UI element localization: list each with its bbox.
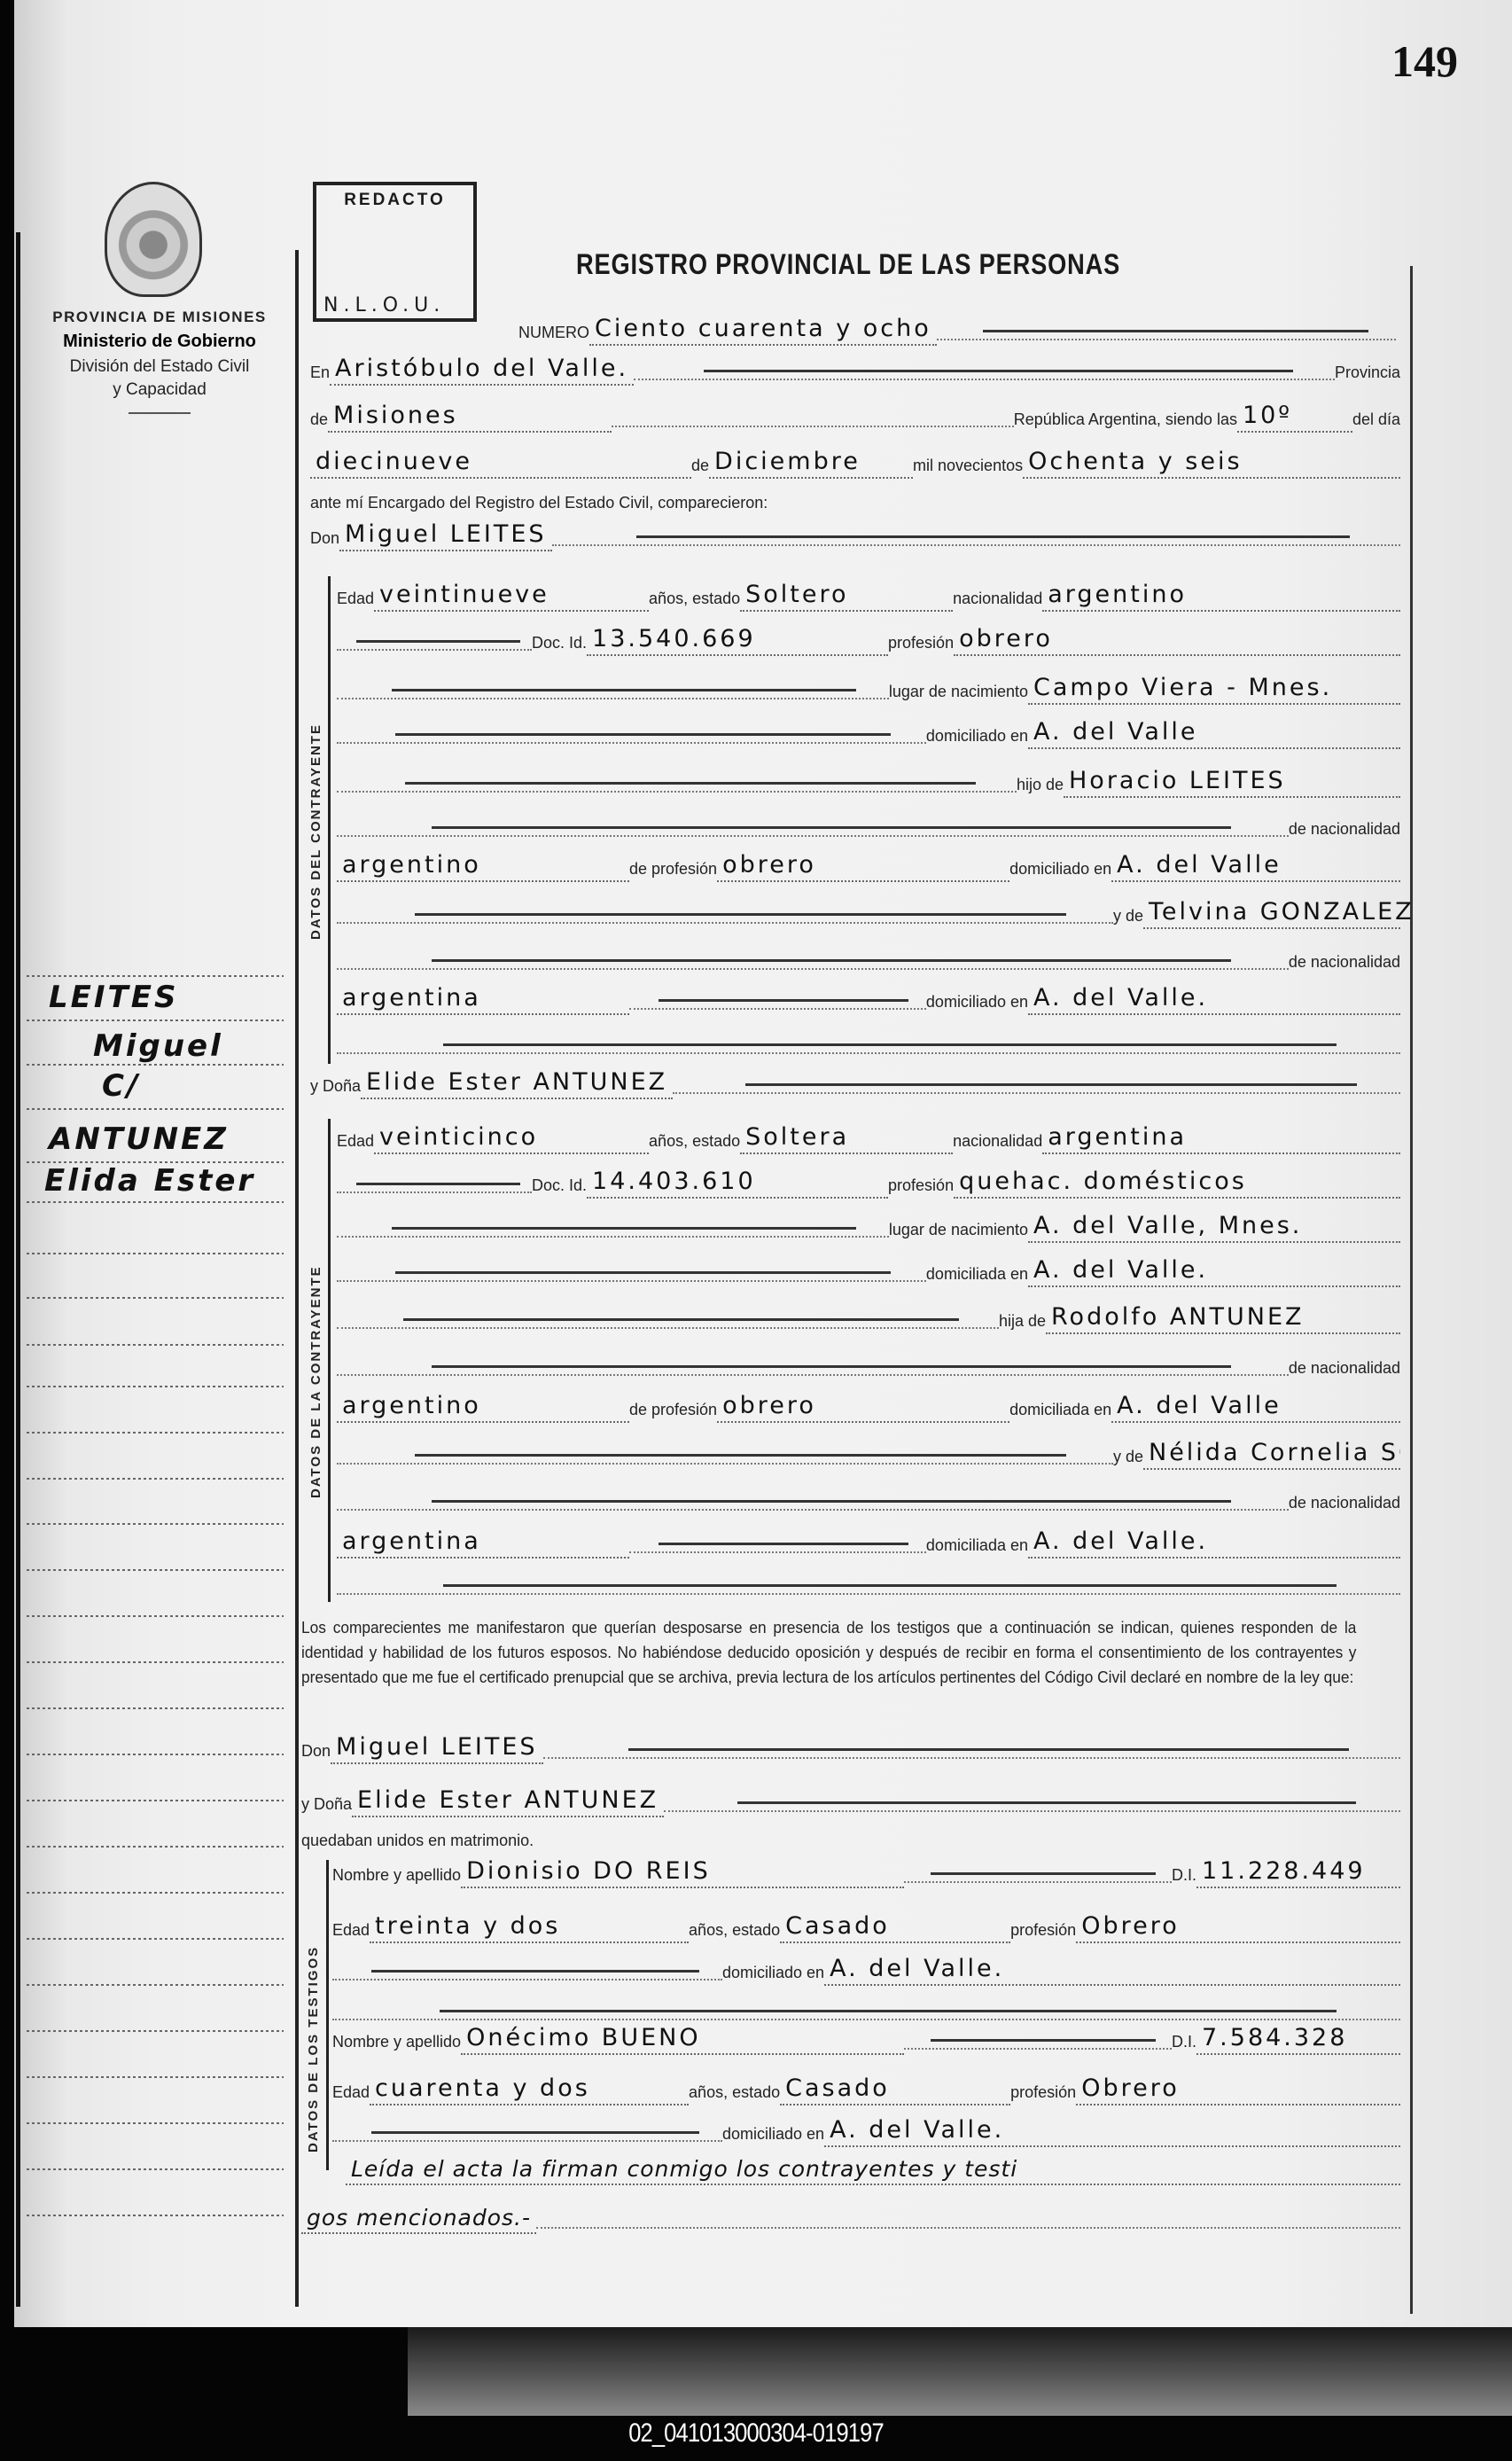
- margin-line: [27, 1754, 284, 1755]
- margin-line: [27, 1386, 284, 1387]
- blank: [337, 835, 1289, 837]
- margin-line: [27, 2168, 284, 2170]
- groom-father-line: hijo de Horacio LEITES: [337, 762, 1400, 798]
- blank: [337, 1593, 1400, 1595]
- bride-address-line: domiciliada en A. del Valle.: [337, 1252, 1400, 1287]
- witness-1-age-line: Edad treinta y dos años, estado Casado p…: [332, 1908, 1400, 1943]
- label: ante mí Encargado del Registro del Estad…: [310, 494, 768, 516]
- page-edge-shadow: [408, 2327, 1512, 2416]
- margin-line: [27, 1707, 284, 1709]
- label: Doc. Id.: [532, 1176, 587, 1199]
- margin-line: [27, 1800, 284, 1801]
- section-bracket: [328, 1119, 331, 1602]
- margin-line: [27, 2076, 284, 2078]
- right-margin-rule: [1410, 266, 1413, 2314]
- witness-1-address-value: A. del Valle.: [824, 1955, 1400, 1986]
- label: años, estado: [649, 590, 740, 612]
- redacto-stamp: REDACTO N.L.O.U.: [313, 182, 477, 322]
- blank: [634, 379, 1335, 380]
- bride-birthplace-value: A. del Valle, Mnes.: [1028, 1212, 1400, 1243]
- groom-father-details-line: argentino de profesión obrero domiciliad…: [337, 847, 1400, 882]
- blank: [612, 426, 1014, 427]
- label: Edad: [332, 1921, 370, 1943]
- closing-note-text: Leída el acta la firman conmigo los cont…: [346, 2156, 1400, 2185]
- blank-line: [337, 1565, 1400, 1600]
- place-line: En Aristóbulo del Valle. Provincia: [310, 350, 1400, 386]
- blank: [337, 1191, 532, 1193]
- declared-bride-value: Elide Ester ANTUNEZ: [352, 1786, 664, 1817]
- bride-father-nationality-value: argentino: [337, 1392, 629, 1423]
- groom-name-value: Miguel LEITES: [339, 520, 552, 551]
- day-value: diecinueve: [310, 448, 691, 479]
- label: domiciliada en: [926, 1536, 1028, 1559]
- groom-id-line: Doc. Id. 13.540.669 profesión obrero: [337, 621, 1400, 656]
- blank: [629, 1551, 926, 1553]
- margin-note-surname: ANTUNEZ: [49, 1121, 229, 1157]
- blank: [337, 1280, 926, 1282]
- label: de nacionalidad: [1289, 1359, 1400, 1381]
- witness-2-id-value: 7.584.328: [1196, 2024, 1400, 2055]
- province-value: Misiones: [328, 402, 612, 433]
- redacto-title: REDACTO: [316, 191, 473, 210]
- bride-section-label: DATOS DE LA CONTRAYENTE: [308, 1265, 323, 1498]
- groom-address-line: domiciliado en A. del Valle: [337, 714, 1400, 749]
- margin-line: [27, 1253, 284, 1254]
- label: años, estado: [689, 2083, 780, 2106]
- margin-line: [27, 1478, 284, 1480]
- margin-line: [27, 1064, 284, 1066]
- witness-1-name-line: Nombre y apellido Dionisio DO REIS D.I. …: [332, 1853, 1400, 1888]
- label: domiciliada en: [1009, 1401, 1111, 1423]
- groom-mother-address-value: A. del Valle.: [1028, 984, 1400, 1015]
- groom-profession-value: obrero: [954, 625, 1400, 656]
- label: años, estado: [689, 1921, 780, 1943]
- witness-2-address-value: A. del Valle.: [824, 2116, 1400, 2147]
- witness-2-age-value: cuarenta y dos: [370, 2074, 689, 2106]
- witness-1-id-value: 11.228.449: [1196, 1857, 1400, 1888]
- label: domiciliado en: [926, 727, 1028, 749]
- margin-note-given-name: Miguel: [93, 1028, 223, 1064]
- scan-code: 02_041013000304-019197: [113, 2418, 1399, 2449]
- groom-mother-line: y de Telvina GONZALEZ: [337, 894, 1400, 929]
- blank: [332, 2140, 722, 2142]
- union-statement: quedaban unidos en matrimonio.: [301, 1822, 1400, 1854]
- blank: [673, 1092, 1400, 1094]
- bride-birthplace-line: lugar de nacimiento A. del Valle, Mnes.: [337, 1207, 1400, 1243]
- witness-1-address-line: domiciliado en A. del Valle.: [332, 1950, 1400, 1986]
- blank: [937, 339, 1396, 340]
- label: y de: [1113, 907, 1143, 929]
- groom-father-profession-value: obrero: [717, 851, 1009, 882]
- margin-line: [27, 1615, 284, 1617]
- groom-father-nationality-line: de nacionalidad: [337, 807, 1400, 842]
- margin-line: [27, 1892, 284, 1894]
- label: NUMERO: [518, 324, 589, 346]
- date-line: diecinueve de Diciembre mil novecientos …: [310, 443, 1400, 479]
- groom-address-value: A. del Valle: [1028, 718, 1400, 749]
- bride-mother-address-value: A. del Valle.: [1028, 1527, 1400, 1559]
- label: D.I.: [1172, 1866, 1196, 1888]
- declared-groom-value: Miguel LEITES: [331, 1733, 543, 1764]
- closing-note-text: gos mencionados.-: [301, 2205, 536, 2234]
- witness-2-name-value: Onécimo BUENO: [461, 2024, 904, 2055]
- bride-age-value: veinticinco: [374, 1123, 649, 1154]
- label: Nombre y apellido: [332, 2033, 461, 2055]
- witness-2-status-value: Casado: [780, 2074, 1010, 2106]
- blank: [337, 1327, 999, 1329]
- bride-status-value: Soltera: [740, 1123, 953, 1154]
- blank: [664, 1810, 1400, 1812]
- label: nacionalidad: [953, 1132, 1042, 1154]
- label: y de: [1113, 1448, 1143, 1470]
- label: lugar de nacimiento: [889, 683, 1028, 705]
- closing-note-line-1: Leída el acta la firman conmigo los cont…: [346, 2150, 1400, 2185]
- label: hija de: [999, 1312, 1046, 1334]
- month-value: Diciembre: [709, 448, 913, 479]
- groom-mother-details-line: argentina domiciliado en A. del Valle.: [337, 980, 1400, 1015]
- year-value: Ochenta y seis: [1023, 448, 1400, 479]
- margin-line: [27, 1020, 284, 1021]
- label: Edad: [332, 2083, 370, 2106]
- label: de profesión: [629, 1401, 717, 1423]
- label: de: [691, 457, 709, 479]
- groom-birthplace-value: Campo Viera - Mnes.: [1028, 674, 1400, 705]
- label: Edad: [337, 590, 374, 612]
- witness-1-name-value: Dionisio DO REIS: [461, 1857, 904, 1888]
- groom-nationality-value: argentino: [1042, 581, 1400, 612]
- label: Edad: [337, 1132, 374, 1154]
- label: domiciliada en: [926, 1265, 1028, 1287]
- label: domiciliado en: [722, 2125, 824, 2147]
- label: nacionalidad: [953, 590, 1042, 612]
- groom-mother-nationality-value: argentina: [337, 984, 629, 1015]
- label: profesión: [888, 1176, 954, 1199]
- bride-nationality-value: argentina: [1042, 1123, 1400, 1154]
- bride-father-line: hija de Rodolfo ANTUNEZ: [337, 1299, 1400, 1334]
- blank: [337, 1236, 889, 1238]
- margin-line: [27, 1661, 284, 1663]
- label: D.I.: [1172, 2033, 1196, 2055]
- provincial-crest-icon: [105, 182, 202, 297]
- witness-2-address-line: domiciliado en A. del Valle.: [332, 2112, 1400, 2147]
- label: Provincia: [1335, 363, 1400, 386]
- left-margin-rule: [16, 232, 20, 2307]
- bride-mother-value: Nélida Cornelia SOSA: [1143, 1439, 1400, 1470]
- label: de profesión: [629, 860, 717, 882]
- division-capacity: y Capacidad: [27, 380, 292, 400]
- blank: [337, 968, 1289, 970]
- label: y Doña: [301, 1795, 352, 1817]
- blank: [904, 2048, 1172, 2050]
- bride-id-value: 14.403.610: [587, 1168, 888, 1199]
- margin-line: [27, 1432, 284, 1434]
- divider: [129, 412, 191, 414]
- label: profesión: [1010, 2083, 1076, 2106]
- margin-note-surname: LEITES: [49, 980, 178, 1015]
- label: de nacionalidad: [1289, 820, 1400, 842]
- margin-line: [27, 2122, 284, 2124]
- label: mil novecientos: [913, 457, 1023, 479]
- margin-line: [27, 1846, 284, 1848]
- declared-groom-line: Don Miguel LEITES: [301, 1729, 1400, 1764]
- bride-name-value: Elide Ester ANTUNEZ: [361, 1068, 673, 1099]
- margin-line: [27, 2030, 284, 2032]
- bride-mother-line: y de Nélida Cornelia SOSA: [337, 1434, 1400, 1470]
- label: domiciliado en: [1009, 860, 1111, 882]
- act-number-value: Ciento cuarenta y ocho: [589, 315, 937, 346]
- groom-age-value: veintinueve: [374, 581, 649, 612]
- blank: [904, 1881, 1172, 1883]
- hour-value: 10º: [1237, 402, 1352, 433]
- margin-line: [27, 1984, 284, 1986]
- bride-address-value: A. del Valle.: [1028, 1256, 1400, 1287]
- closing-note-line-2: gos mencionados.-: [301, 2199, 1400, 2234]
- witness-section-label: DATOS DE LOS TESTIGOS: [306, 1946, 321, 2152]
- groom-age-line: Edad veintinueve años, estado Soltero na…: [337, 576, 1400, 612]
- province-name: PROVINCIA DE MISIONES: [27, 309, 292, 326]
- appearance-line: ante mí Encargado del Registro del Estad…: [310, 480, 1400, 516]
- bride-age-line: Edad veinticinco años, estado Soltera na…: [337, 1119, 1400, 1154]
- margin-line: [27, 1344, 284, 1346]
- label: domiciliado en: [722, 1964, 824, 1986]
- label: domiciliado en: [926, 993, 1028, 1015]
- witness-2-name-line: Nombre y apellido Onécimo BUENO D.I. 7.5…: [332, 2020, 1400, 2055]
- bride-father-profession-value: obrero: [717, 1392, 1009, 1423]
- blank: [337, 1509, 1289, 1511]
- label: Don: [310, 529, 339, 551]
- blank: [536, 2227, 1400, 2229]
- division-name: División del Estado Civil: [27, 357, 292, 377]
- witness-2-age-line: Edad cuarenta y dos años, estado Casado …: [332, 2070, 1400, 2106]
- label: Don: [301, 1742, 331, 1764]
- groom-section-label: DATOS DEL CONTRAYENTE: [308, 723, 323, 940]
- label: lugar de nacimiento: [889, 1221, 1028, 1243]
- declared-bride-line: y Doña Elide Ester ANTUNEZ: [301, 1782, 1400, 1817]
- groom-status-value: Soltero: [740, 581, 953, 612]
- blank: [337, 1374, 1289, 1376]
- ministry-name: Ministerio de Gobierno: [27, 332, 292, 352]
- blank: [337, 742, 926, 744]
- blank-line: [337, 1024, 1400, 1059]
- page-number: 149: [1391, 35, 1458, 87]
- label: años, estado: [649, 1132, 740, 1154]
- groom-father-value: Horacio LEITES: [1064, 767, 1400, 798]
- margin-divider-rule: [295, 250, 299, 2307]
- label: profesión: [888, 634, 954, 656]
- bride-name-line: y Doña Elide Ester ANTUNEZ: [310, 1064, 1400, 1099]
- section-bracket: [326, 1860, 329, 2170]
- bride-id-line: Doc. Id. 14.403.610 profesión quehac. do…: [337, 1163, 1400, 1199]
- margin-line: [27, 1297, 284, 1299]
- bride-profession-value: quehac. domésticos: [954, 1168, 1400, 1199]
- blank: [337, 698, 889, 699]
- witness-1-status-value: Casado: [780, 1912, 1010, 1943]
- blank: [337, 1052, 1400, 1054]
- bride-father-details-line: argentino de profesión obrero domiciliad…: [337, 1387, 1400, 1423]
- blank: [337, 922, 1113, 924]
- label: de nacionalidad: [1289, 1494, 1400, 1516]
- label: del día: [1352, 410, 1400, 433]
- label: República Argentina, siendo las: [1014, 410, 1237, 433]
- label: y Doña: [310, 1077, 361, 1099]
- margin-line: [27, 1523, 284, 1525]
- margin-note-connector: C/: [102, 1068, 140, 1104]
- margin-line: [27, 1938, 284, 1940]
- groom-father-address-value: A. del Valle: [1111, 851, 1400, 882]
- blank: [332, 1979, 722, 1981]
- blank: [543, 1757, 1400, 1759]
- margin-line: [27, 2215, 284, 2216]
- blank: [337, 1463, 1113, 1465]
- margin-line: [27, 1201, 284, 1203]
- bride-father-value: Rodolfo ANTUNEZ: [1046, 1303, 1400, 1334]
- bride-mother-nationality-value: argentina: [337, 1527, 629, 1559]
- province-line: de Misiones República Argentina, siendo …: [310, 397, 1400, 433]
- place-value: Aristóbulo del Valle.: [330, 355, 634, 386]
- section-bracket: [328, 576, 331, 1064]
- margin-line: [27, 975, 284, 977]
- document-title: REGISTRO PROVINCIAL DE LAS PERSONAS: [576, 248, 1120, 281]
- margin-line: [27, 1108, 284, 1110]
- bride-mother-details-line: argentina domiciliada en A. del Valle.: [337, 1523, 1400, 1559]
- groom-father-nationality-value: argentino: [337, 851, 629, 882]
- witness-1-age-value: treinta y dos: [370, 1912, 689, 1943]
- witness-2-profession-value: Obrero: [1076, 2074, 1400, 2106]
- label: de: [310, 410, 328, 433]
- label: hijo de: [1017, 776, 1064, 798]
- margin-note-given-name: Elida Ester: [44, 1163, 255, 1199]
- blank: [552, 544, 1400, 546]
- label: profesión: [1010, 1921, 1076, 1943]
- label: de nacionalidad: [1289, 953, 1400, 975]
- groom-birthplace-line: lugar de nacimiento Campo Viera - Mnes.: [337, 669, 1400, 705]
- label: Nombre y apellido: [332, 1866, 461, 1888]
- declaration-text: Los comparecientes me manifestaron que q…: [301, 1615, 1356, 1690]
- bride-father-nationality-line: de nacionalidad: [337, 1346, 1400, 1381]
- issuer-header: PROVINCIA DE MISIONES Ministerio de Gobi…: [27, 309, 292, 414]
- witness-1-profession-value: Obrero: [1076, 1912, 1400, 1943]
- bride-mother-nationality-line: de nacionalidad: [337, 1481, 1400, 1516]
- groom-mother-nationality-line: de nacionalidad: [337, 940, 1400, 975]
- blank: [629, 1008, 926, 1010]
- groom-mother-value: Telvina GONZALEZ: [1143, 898, 1400, 929]
- groom-name-line: Don Miguel LEITES: [310, 516, 1400, 551]
- margin-line: [27, 1569, 284, 1571]
- blank: [337, 649, 532, 651]
- groom-id-value: 13.540.669: [587, 625, 888, 656]
- label: Doc. Id.: [532, 634, 587, 656]
- redacto-initials: N.L.O.U.: [323, 294, 445, 316]
- union-statement-text: quedaban unidos en matrimonio.: [301, 1832, 534, 1854]
- act-number-line: NUMERO Ciento cuarenta y ocho: [518, 310, 1396, 346]
- blank: [337, 791, 1017, 793]
- label: En: [310, 363, 330, 386]
- bride-father-address-value: A. del Valle: [1111, 1392, 1400, 1423]
